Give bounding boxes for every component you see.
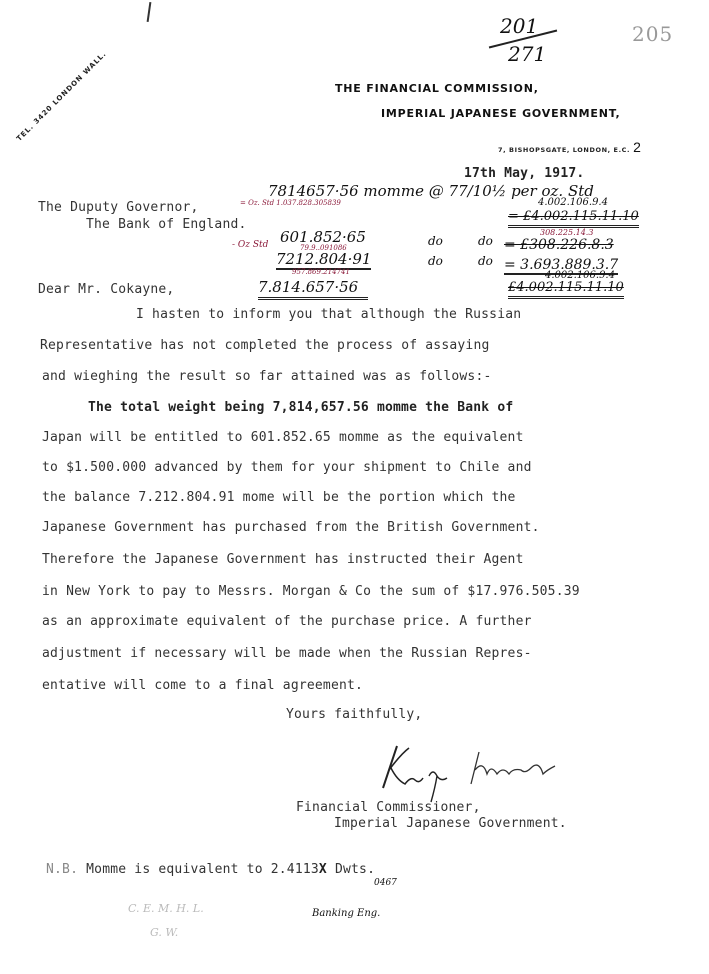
body-line-1: I hasten to inform you that although the… [136,307,521,322]
body-line-10: in New York to pay to Messrs. Morgan & C… [42,584,580,599]
recipient-line-2: The Bank of England. [86,217,247,232]
salutation: Dear Mr. Cokayne, [38,282,174,297]
address-text: 7, BISHOPSGATE, LONDON, E.C. [498,146,630,154]
hand-row1-eq-corrected: 308.225.14.3 [540,228,593,237]
body-line-11: as an approximate equivalent of the purc… [42,614,532,629]
footnote-text: Momme is equivalent to 2.4113 [86,862,319,877]
hand-row2-ditto-1: do [428,254,443,268]
bottom-note-faint-2: G. W. [150,926,178,939]
telephone-stamp: TEL. 3420 LONDON WALL. [15,50,108,143]
body-line-8: Japanese Government has purchased from t… [42,520,540,535]
hand-row1-ditto-2: do [478,234,493,248]
body-line-4: The total weight being 7,814,657.56 momm… [88,400,513,415]
hand-eq-total-struck: = £4.002.115.11.10 [508,209,639,228]
body-line-3: and wieghing the result so far attained … [42,369,492,384]
footnote-prefix: N.B. [46,862,78,877]
hand-red-oz-total: = Oz. Std 1.037.828.305839 [240,199,341,207]
hand-eq-total-corrected: 4.002.106.9.4 [538,197,608,208]
letter-date: 17th May, 1917. [464,166,584,181]
letterhead-address: 7, BISHOPSGATE, LONDON, E.C.2 [498,137,641,156]
body-line-13: entative will come to a final agreement. [42,678,363,693]
hand-row1-red-prefix: - Oz Std [232,240,268,250]
footnote-suffix: Dwts. [327,862,375,877]
body-line-12: adjustment if necessary will be made whe… [42,646,532,661]
body-line-9: Therefore the Japanese Government has in… [42,552,524,567]
body-line-6: to $1.500.000 advanced by them for your … [42,460,532,475]
body-line-5: Japan will be entitled to 601.852.65 mom… [42,430,524,445]
footnote-hand-correction: 0467 [374,878,397,888]
closing: Yours faithfully, [286,707,422,722]
bottom-note-dark: Banking Eng. [312,908,380,919]
signature-line-2: Imperial Japanese Government. [334,816,567,831]
hand-row1-eq-struck: = £308.226.8.3 [504,237,614,253]
pen-mark [147,2,152,22]
footnote-struck-digit: X [319,862,327,877]
body-line-7: the balance 7.212.804.91 mome will be th… [42,490,516,505]
signature-line-1: Financial Commissioner, [296,800,481,815]
body-line-2: Representative has not completed the pro… [40,338,490,353]
hand-row2-red-sub: 957.869.214741 [292,268,350,276]
hand-row2-ditto-2: do [478,254,493,268]
bottom-note-faint: C. E. M. H. L. [128,902,204,915]
letterhead-line-1: THE FINANCIAL COMMISSION, [335,82,539,95]
footnote: N.B. Momme is equivalent to 2.4113X Dwts… [46,862,375,877]
letterhead-line-2: IMPERIAL JAPANESE GOVERNMENT, [381,107,620,120]
hand-row1-ditto-1: do [428,234,443,248]
hand-sum-eq-struck: £4.002.115.11.10 [508,280,624,299]
folio-number-bottom: 271 [508,42,546,66]
address-district-number: 2 [633,139,641,155]
recipient-line-1: The Duputy Governor, [38,200,199,215]
hand-row2-amount: 7212.804·91 [276,250,371,270]
hand-sum-amount: 7.814.657·56 [258,278,368,300]
page-stamp: 205 [632,22,673,46]
